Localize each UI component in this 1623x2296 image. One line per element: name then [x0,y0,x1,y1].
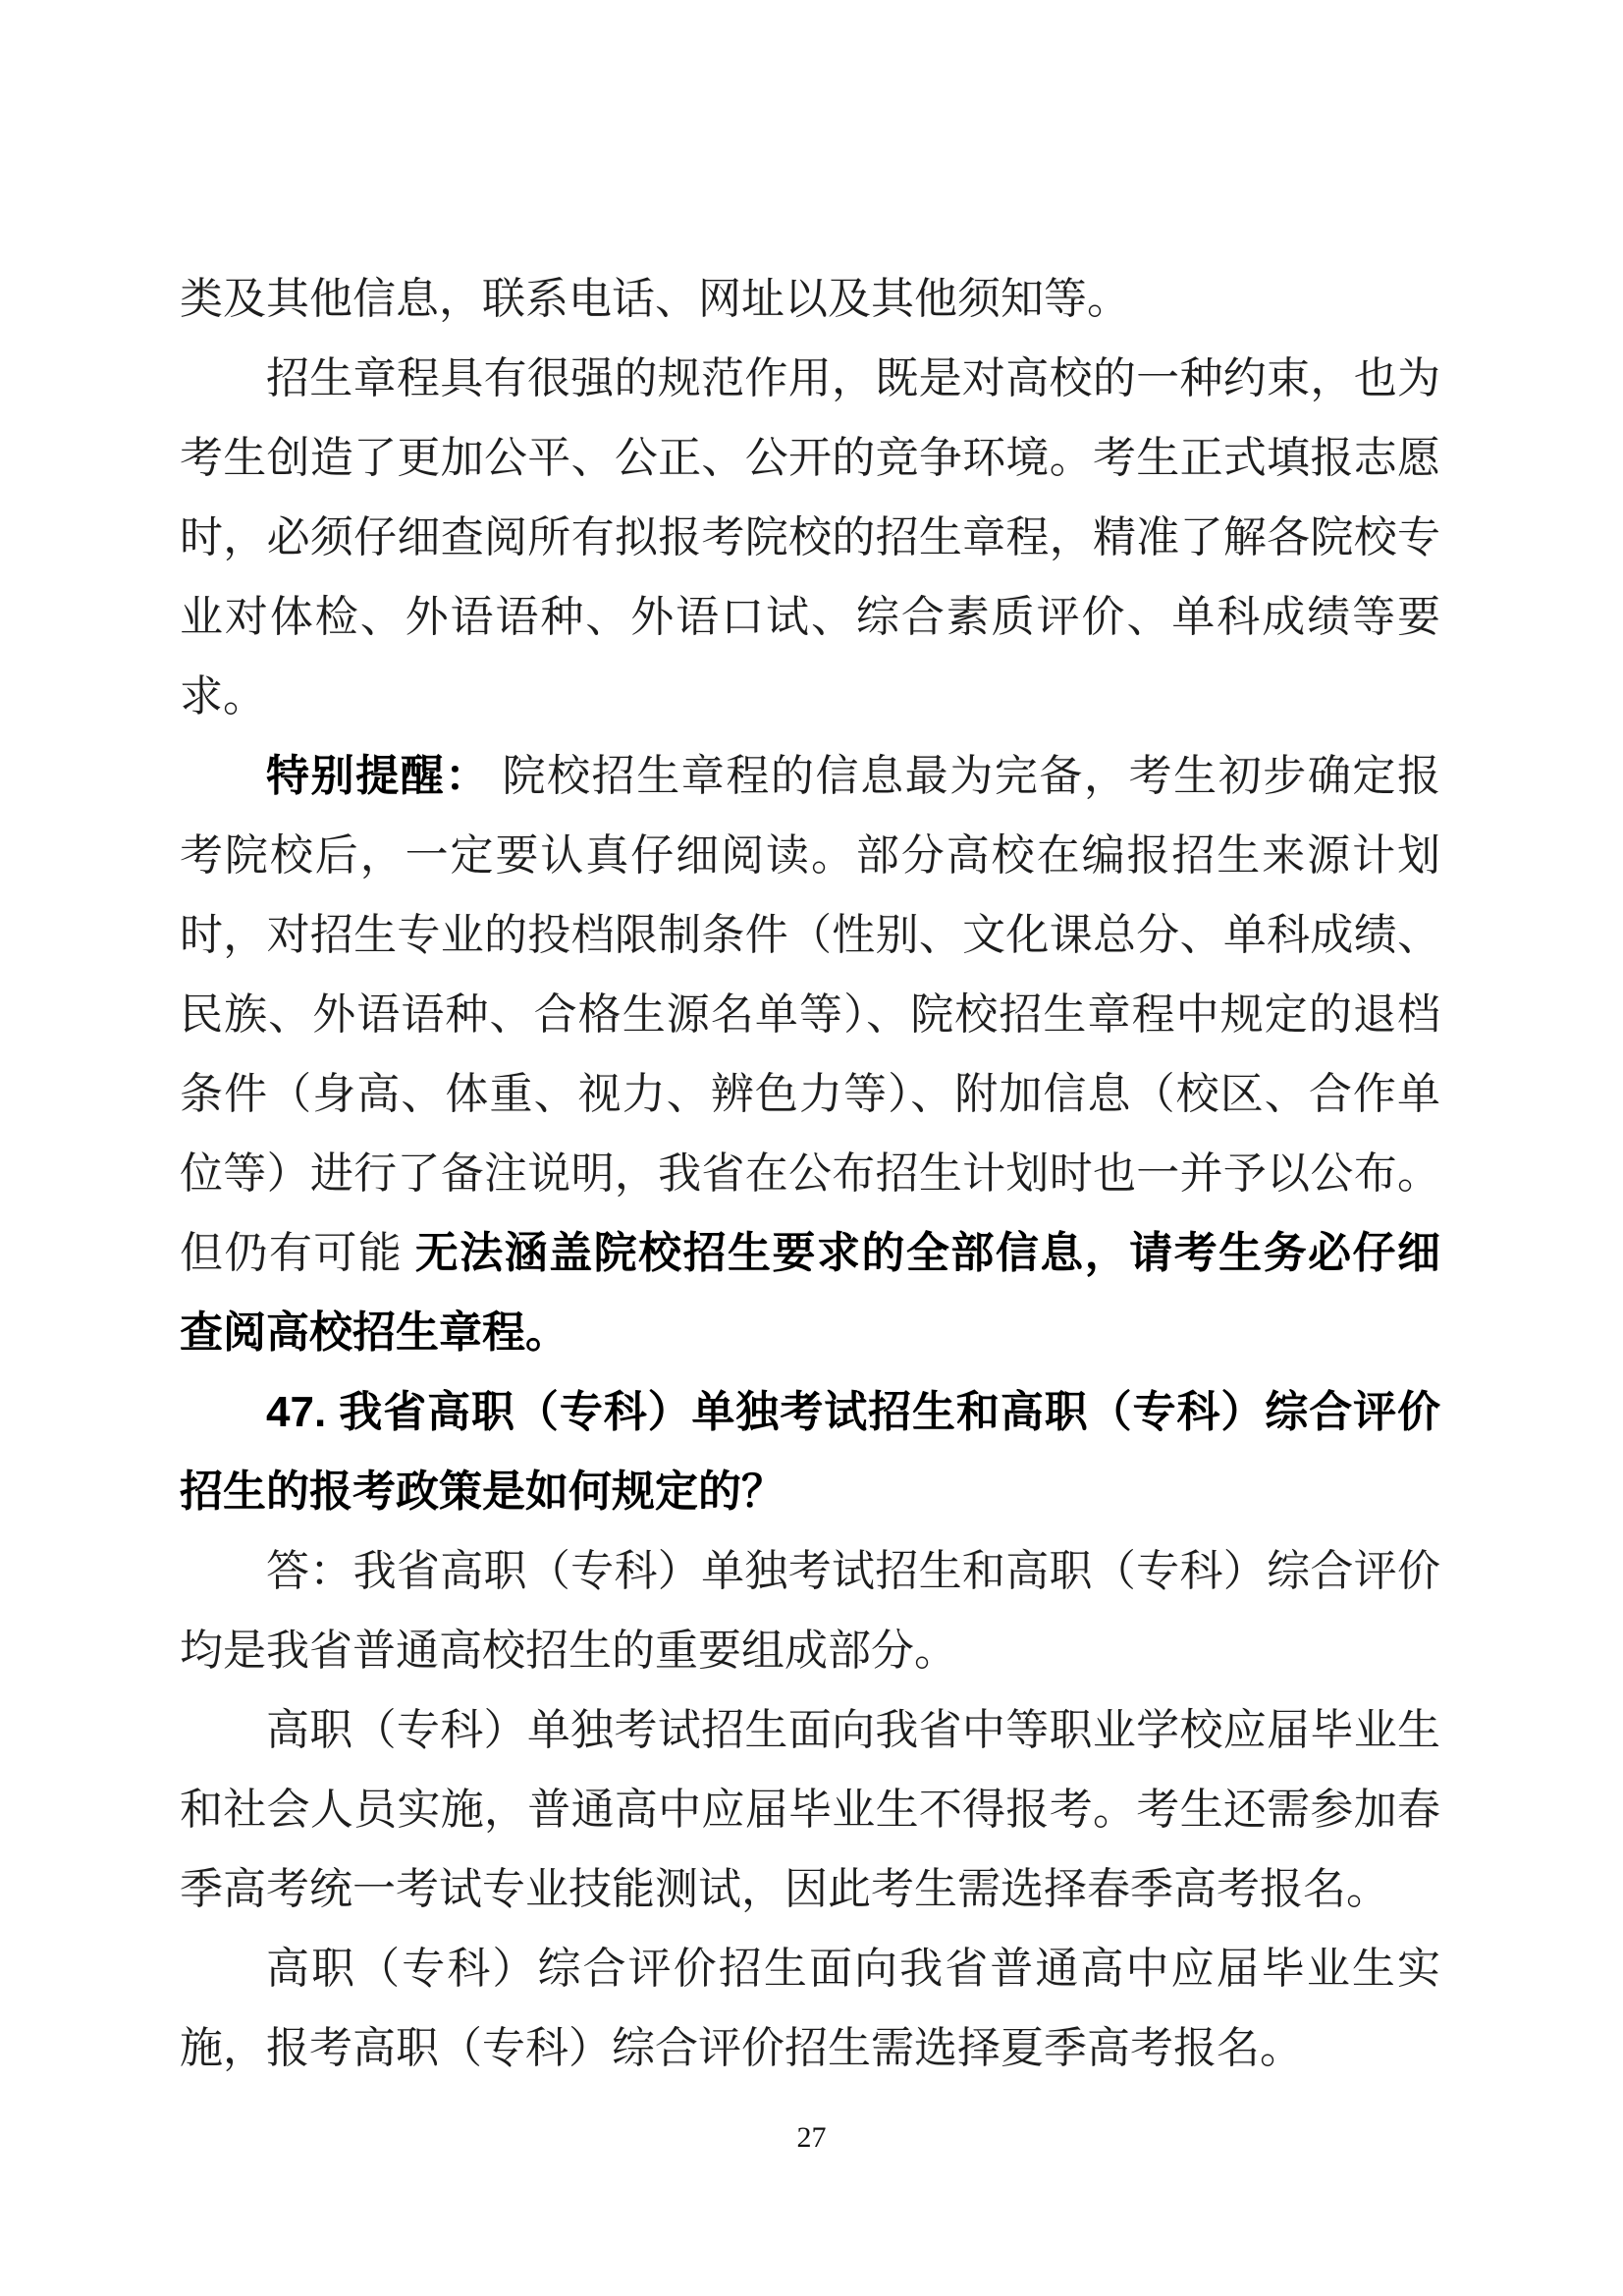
page-number-value: 27 [797,2121,827,2154]
paragraph-special-reminder: 特别提醒： 院校招生章程的信息最为完备，考生初步确定报考院校后，一定要认真仔细阅… [180,736,1440,1372]
paragraph-text: 类及其他信息，联系电话、网址以及其他须知等。 [180,275,1130,323]
page-number: 27 [0,2120,1623,2156]
document-page: 类及其他信息，联系电话、网址以及其他须知等。 招生章程具有很强的规范作用，既是对… [0,0,1623,2296]
answer-47-paragraph-3: 高职（专科）综合评价招生面向我省普通高中应届毕业生实施，报考高职（专科）综合评价… [180,1929,1440,2088]
paragraph-text: 院校招生章程的信息最为完备，考生初步确定报考院校后，一定要认真仔细阅读。部分高校… [180,752,1440,1277]
paragraph-text: 高职（专科）单独考试招生面向我省中等职业学校应届毕业生和社会人员实施，普通高中应… [180,1706,1440,1913]
paragraph-text: 高职（专科）综合评价招生面向我省普通高中应届毕业生实施，报考高职（专科）综合评价… [180,1945,1440,2072]
question-text: 47. 我省高职（专科）单独考试招生和高职（专科）综合评价招生的报考政策是如何规… [180,1388,1440,1516]
question-47-heading: 47. 我省高职（专科）单独考试招生和高职（专科）综合评价招生的报考政策是如何规… [180,1372,1440,1531]
paragraph-regulations: 招生章程具有很强的规范作用，既是对高校的一种约束，也为考生创造了更加公平、公正、… [180,339,1440,736]
special-reminder-label: 特别提醒： [266,752,490,800]
page-body: 类及其他信息，联系电话、网址以及其他须知等。 招生章程具有很强的规范作用，既是对… [180,259,1440,2088]
paragraph-text: 招生章程具有很强的规范作用，既是对高校的一种约束，也为考生创造了更加公平、公正、… [180,354,1440,721]
paragraph-continuation: 类及其他信息，联系电话、网址以及其他须知等。 [180,259,1440,339]
answer-47-paragraph-1: 答：我省高职（专科）单独考试招生和高职（专科）综合评价均是我省普通高校招生的重要… [180,1531,1440,1690]
paragraph-text: 答：我省高职（专科）单独考试招生和高职（专科）综合评价均是我省普通高校招生的重要… [180,1547,1440,1675]
answer-47-paragraph-2: 高职（专科）单独考试招生面向我省中等职业学校应届毕业生和社会人员实施，普通高中应… [180,1690,1440,1929]
